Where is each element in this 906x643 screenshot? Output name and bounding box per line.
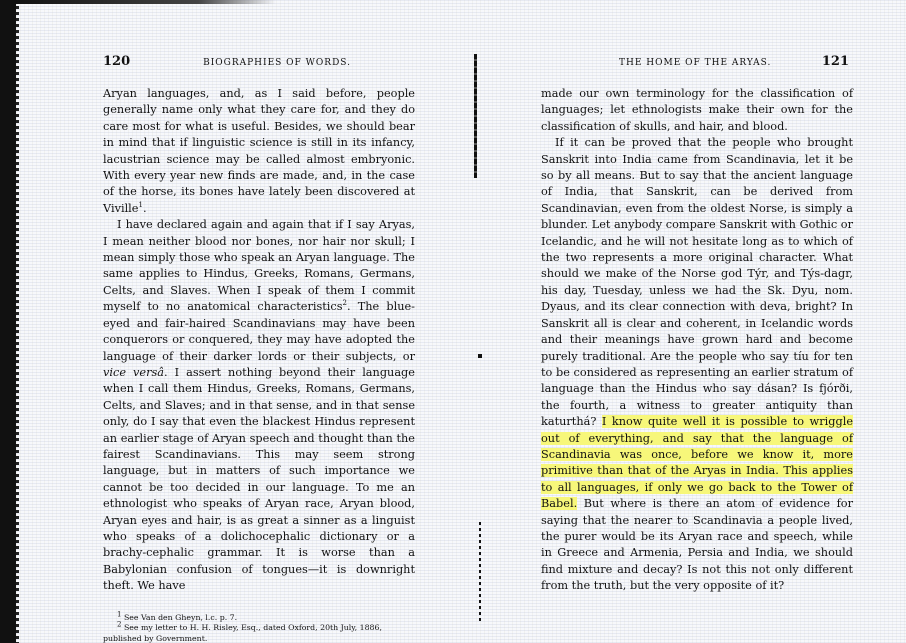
left-paragraph-1: Aryan languages, and, as I said before, …: [103, 86, 415, 217]
book-spine-mark-bottom: [479, 522, 481, 624]
left-running-head: 120 BIOGRAPHIES OF WORDS.: [103, 54, 415, 78]
footnote-2: 2 See my letter to H. H. Risley, Esq., d…: [103, 623, 415, 643]
footnote-1: 1 See Van den Gheyn, l.c. p. 7.: [103, 613, 415, 624]
left-page-number: 120: [103, 54, 130, 69]
left-running-title: BIOGRAPHIES OF WORDS.: [203, 58, 351, 68]
right-running-head: THE HOME OF THE ARYAS. 121: [541, 54, 853, 78]
left-page: 120 BIOGRAPHIES OF WORDS. Aryan language…: [103, 54, 415, 643]
highlighted-passage[interactable]: I know quite well it is possible to wrig…: [541, 415, 853, 510]
left-paragraph-2: I have declared again and again that if …: [103, 217, 415, 594]
right-body-text: made our own terminology for the classif…: [541, 86, 853, 595]
right-page-number: 121: [822, 54, 849, 69]
right-running-title: THE HOME OF THE ARYAS.: [619, 58, 771, 68]
scan-left-edge-shadow: [0, 0, 16, 643]
left-footnotes: 1 See Van den Gheyn, l.c. p. 7. 2 See my…: [103, 613, 415, 643]
right-page: THE HOME OF THE ARYAS. 121 made our own …: [541, 54, 853, 595]
book-spine-mark-top: [474, 54, 477, 178]
book-spine-mark-dot: [478, 354, 482, 358]
right-paragraph-1: made our own terminology for the classif…: [541, 86, 853, 135]
scan-top-edge-shadow: [16, 0, 276, 4]
right-paragraph-2: If it can be proved that the people who …: [541, 135, 853, 594]
left-body-text: Aryan languages, and, as I said before, …: [103, 86, 415, 595]
